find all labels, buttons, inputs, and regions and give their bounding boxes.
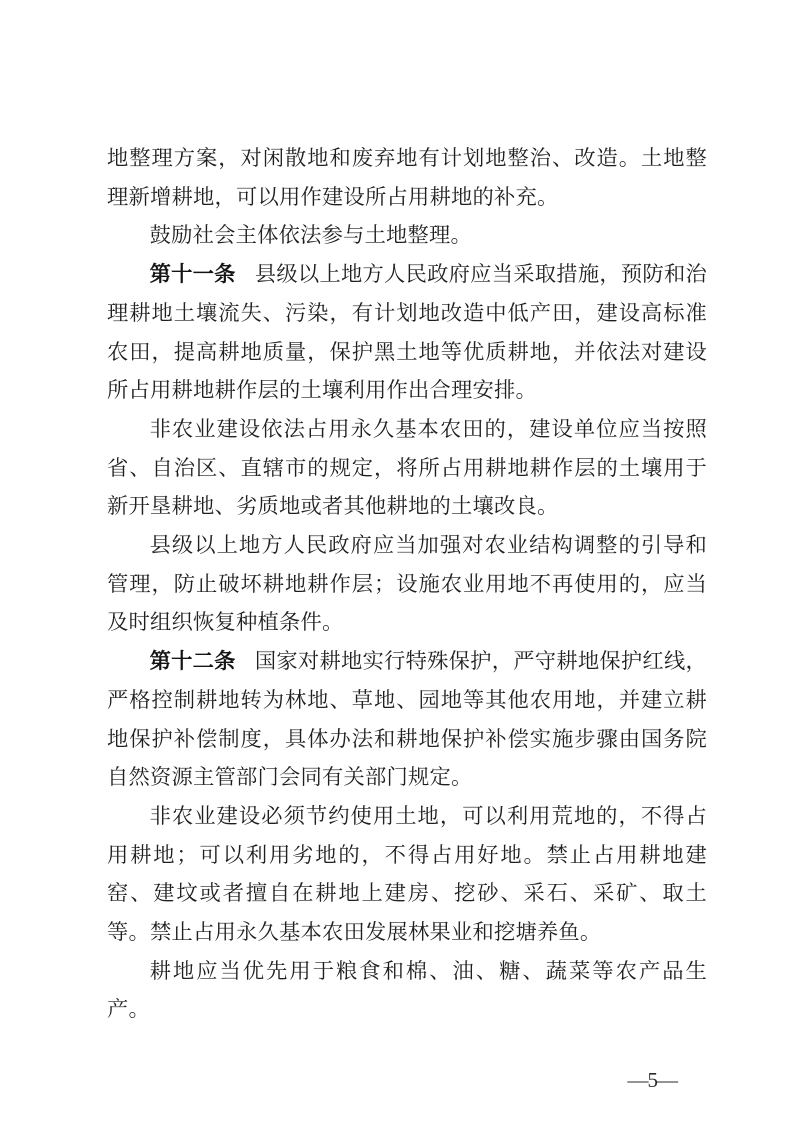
article-11-number: 第十一条 [150,262,236,286]
page-content: 地整理方案，对闲散地和废弃地有计划地整治、改造。土地整理新增耕地，可以用作建设所… [107,139,707,1029]
paragraph: 非农业建设依法占用永久基本农田的，建设单位应当按照省、自治区、直辖市的规定，将所… [107,410,707,526]
paragraph-text: 非农业建设依法占用永久基本农田的，建设单位应当按照省、自治区、直辖市的规定，将所… [107,417,707,518]
article-12-number: 第十二条 [150,649,236,673]
paragraph-text: 县级以上地方人民政府应当加强对农业结构调整的引导和管理，防止破坏耕地耕作层；设施… [107,533,707,634]
paragraph-text: 地整理方案，对闲散地和废弃地有计划地整治、改造。土地整理新增耕地，可以用作建设所… [107,146,707,209]
paragraph: 县级以上地方人民政府应当加强对农业结构调整的引导和管理，防止破坏耕地耕作层；设施… [107,526,707,642]
paragraph-text: 耕地应当优先用于粮食和棉、油、糖、蔬菜等农产品生产。 [107,959,707,1022]
page-number: —5— [628,1068,678,1092]
paragraph-article-11: 第十一条县级以上地方人民政府应当采取措施，预防和治理耕地土壤流失、污染，有计划地… [107,255,707,410]
paragraph: 非农业建设必须节约使用土地，可以利用荒地的，不得占用耕地；可以利用劣地的，不得占… [107,797,707,952]
paragraph-text: 非农业建设必须节约使用土地，可以利用荒地的，不得占用耕地；可以利用劣地的，不得占… [107,804,707,944]
paragraph-article-12: 第十二条国家对耕地实行特殊保护，严守耕地保护红线，严格控制耕地转为林地、草地、园… [107,642,707,797]
paragraph: 鼓励社会主体依法参与土地整理。 [107,216,707,255]
paragraph-continuation: 地整理方案，对闲散地和废弃地有计划地整治、改造。土地整理新增耕地，可以用作建设所… [107,139,707,216]
paragraph: 耕地应当优先用于粮食和棉、油、糖、蔬菜等农产品生产。 [107,952,707,1029]
paragraph-text: 鼓励社会主体依法参与土地整理。 [150,223,472,247]
document-page: 地整理方案，对闲散地和废弃地有计划地整治、改造。土地整理新增耕地，可以用作建设所… [0,0,793,1122]
